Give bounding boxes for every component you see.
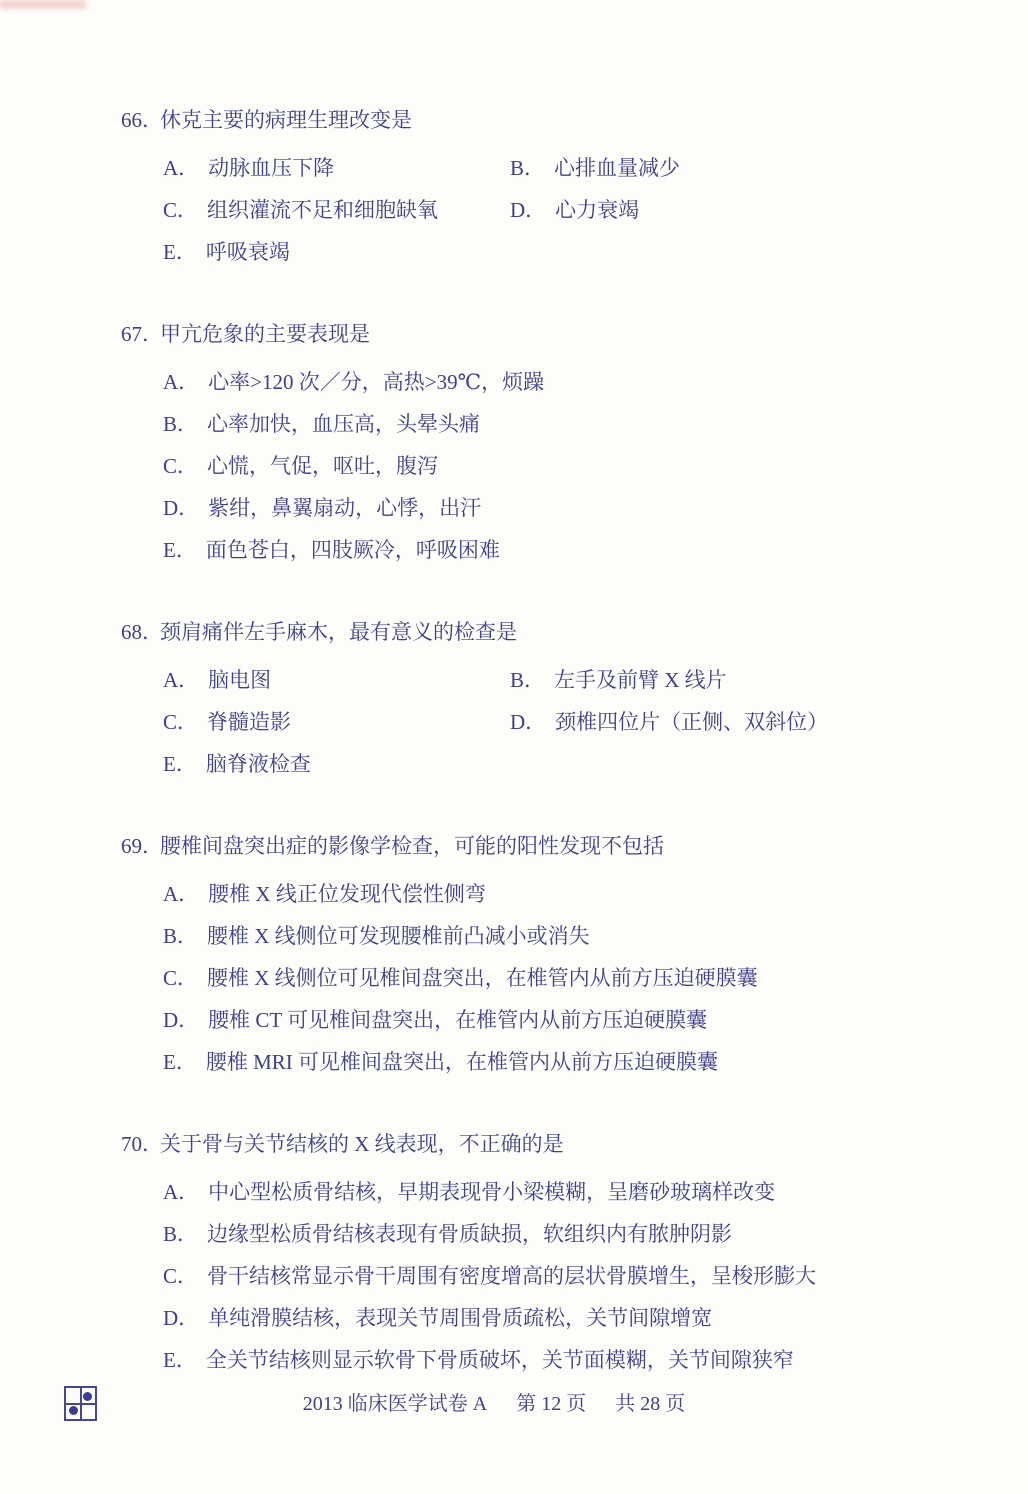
option-label: A． <box>163 156 199 180</box>
question-68: 68． 颈肩痛伴左手麻木，最有意义的检查是 A．脑电图 B．左手及前臂 X 线片… <box>0 620 1028 794</box>
question-number: 67． <box>121 322 160 346</box>
option-text: 心率>120 次／分，高热>39℃，烦躁 <box>208 370 544 394</box>
option-b: B．腰椎 X 线侧位可发现腰椎前凸减小或消失 <box>163 924 590 948</box>
option-text: 骨干结核常显示骨干周围有密度增高的层状骨膜增生，呈梭形膨大 <box>207 1264 816 1288</box>
option-d: D．颈椎四位片（正侧、双斜位） <box>510 710 828 734</box>
option-text: 心力衰竭 <box>555 198 639 222</box>
option-row: A．腰椎 X 线正位发现代偿性侧弯 <box>163 882 1028 924</box>
option-text: 腰椎 X 线侧位可发现腰椎前凸减小或消失 <box>207 924 590 948</box>
option-label: C． <box>163 710 198 734</box>
option-text: 紫绀，鼻翼扇动，心悸，出汗 <box>208 496 481 520</box>
question-stem: 甲亢危象的主要表现是 <box>160 322 370 346</box>
option-label: B． <box>163 924 198 948</box>
option-row: C．骨干结核常显示骨干周围有密度增高的层状骨膜增生，呈梭形膨大 <box>163 1264 1028 1306</box>
option-text: 组织灌流不足和细胞缺氧 <box>207 198 438 222</box>
option-text: 颈椎四位片（正侧、双斜位） <box>555 710 828 734</box>
option-text: 全关节结核则显示软骨下骨质破坏，关节面模糊，关节间隙狭窄 <box>206 1348 794 1372</box>
option-b: B．左手及前臂 X 线片 <box>510 668 727 692</box>
options-list: A．中心型松质骨结核，早期表现骨小梁模糊，呈磨砂玻璃样改变 B．边缘型松质骨结核… <box>121 1180 1028 1390</box>
option-label: D． <box>510 710 546 734</box>
option-label: E． <box>163 240 197 264</box>
option-c: C．骨干结核常显示骨干周围有密度增高的层状骨膜增生，呈梭形膨大 <box>163 1264 816 1288</box>
options-list: A．腰椎 X 线正位发现代偿性侧弯 B．腰椎 X 线侧位可发现腰椎前凸减小或消失… <box>121 882 1028 1092</box>
option-c: C．组织灌流不足和细胞缺氧 <box>163 198 438 222</box>
scan-smudge <box>0 0 86 9</box>
option-c: C．心慌，气促，呕吐，腹泻 <box>163 454 438 478</box>
option-label: A． <box>163 1180 199 1204</box>
question-stem: 休克主要的病理生理改变是 <box>160 108 412 132</box>
option-label: E． <box>163 1348 197 1372</box>
option-row: D．单纯滑膜结核，表现关节周围骨质疏松，关节间隙增宽 <box>163 1306 1028 1348</box>
question-stem: 颈肩痛伴左手麻木，最有意义的检查是 <box>160 620 517 644</box>
question-number: 68． <box>121 620 160 644</box>
option-e: E．面色苍白，四肢厥冷，呼吸困难 <box>163 538 500 562</box>
option-a: A．脑电图 <box>163 668 271 692</box>
option-label: C． <box>163 1264 198 1288</box>
options-list: A．脑电图 B．左手及前臂 X 线片 C．脊髓造影 D．颈椎四位片（正侧、双斜位… <box>121 668 1028 794</box>
question-70: 70． 关于骨与关节结核的 X 线表现，不正确的是 A．中心型松质骨结核，早期表… <box>0 1132 1028 1390</box>
questions-area: 66． 休克主要的病理生理改变是 A．动脉血压下降 B．心排血量减少 C．组织灌… <box>0 108 1028 1430</box>
option-row: D．紫绀，鼻翼扇动，心悸，出汗 <box>163 496 1028 538</box>
option-label: B． <box>510 668 545 692</box>
option-e: E．腰椎 MRI 可见椎间盘突出，在椎管内从前方压迫硬膜囊 <box>163 1050 718 1074</box>
option-text: 单纯滑膜结核，表现关节周围骨质疏松，关节间隙增宽 <box>208 1306 712 1330</box>
option-b: B．边缘型松质骨结核表现有骨质缺损，软组织内有脓肿阴影 <box>163 1222 732 1246</box>
option-label: C． <box>163 966 198 990</box>
option-d: D．腰椎 CT 可见椎间盘突出，在椎管内从前方压迫硬膜囊 <box>163 1008 707 1032</box>
question-67: 67． 甲亢危象的主要表现是 A．心率>120 次／分，高热>39℃，烦躁 B．… <box>0 322 1028 580</box>
option-row: C．脊髓造影 D．颈椎四位片（正侧、双斜位） <box>163 710 1028 752</box>
exam-title: 2013 临床医学试卷 A <box>303 1393 487 1415</box>
option-row: E．呼吸衰竭 <box>163 240 1028 282</box>
option-label: A． <box>163 370 199 394</box>
option-text: 腰椎 MRI 可见椎间盘突出，在椎管内从前方压迫硬膜囊 <box>206 1050 718 1074</box>
question-number: 70． <box>121 1132 160 1156</box>
option-text: 腰椎 CT 可见椎间盘突出，在椎管内从前方压迫硬膜囊 <box>208 1008 707 1032</box>
option-c: C．脊髓造影 <box>163 710 291 734</box>
option-label: D． <box>163 1306 199 1330</box>
option-label: E． <box>163 752 197 776</box>
option-text: 腰椎 X 线正位发现代偿性侧弯 <box>208 882 486 906</box>
option-label: D． <box>163 496 199 520</box>
option-row: B．腰椎 X 线侧位可发现腰椎前凸减小或消失 <box>163 924 1028 966</box>
option-text: 脑电图 <box>208 668 271 692</box>
option-row: E．脑脊液检查 <box>163 752 1028 794</box>
question-stem: 腰椎间盘突出症的影像学检查，可能的阳性发现不包括 <box>160 834 664 858</box>
option-text: 左手及前臂 X 线片 <box>554 668 727 692</box>
option-label: A． <box>163 882 199 906</box>
option-label: C． <box>163 198 198 222</box>
option-label: B． <box>163 412 198 436</box>
option-c: C．腰椎 X 线侧位可见椎间盘突出，在椎管内从前方压迫硬膜囊 <box>163 966 758 990</box>
option-label: A． <box>163 668 199 692</box>
exam-page: 66． 休克主要的病理生理改变是 A．动脉血压下降 B．心排血量减少 C．组织灌… <box>0 0 1028 1494</box>
question-stem: 关于骨与关节结核的 X 线表现，不正确的是 <box>160 1132 564 1156</box>
option-e: E．脑脊液检查 <box>163 752 311 776</box>
option-text: 腰椎 X 线侧位可见椎间盘突出，在椎管内从前方压迫硬膜囊 <box>207 966 758 990</box>
option-text: 呼吸衰竭 <box>206 240 290 264</box>
option-label: B． <box>510 156 545 180</box>
option-row: B．心率加快，血压高，头晕头痛 <box>163 412 1028 454</box>
page-number: 第 12 页 <box>516 1393 586 1415</box>
footer-text: 2013 临床医学试卷 A 第 12 页 共 28 页 <box>0 1392 1008 1416</box>
question-69: 69． 腰椎间盘突出症的影像学检查，可能的阳性发现不包括 A．腰椎 X 线正位发… <box>0 834 1028 1092</box>
option-label: C． <box>163 454 198 478</box>
option-text: 脊髓造影 <box>207 710 291 734</box>
option-text: 心慌，气促，呕吐，腹泻 <box>207 454 438 478</box>
option-text: 心排血量减少 <box>554 156 680 180</box>
option-row: A．动脉血压下降 B．心排血量减少 <box>163 156 1028 198</box>
total-pages: 共 28 页 <box>615 1393 685 1415</box>
option-text: 动脉血压下降 <box>208 156 334 180</box>
option-label: E． <box>163 1050 197 1074</box>
option-row: D．腰椎 CT 可见椎间盘突出，在椎管内从前方压迫硬膜囊 <box>163 1008 1028 1050</box>
option-label: D． <box>510 198 546 222</box>
option-label: D． <box>163 1008 199 1032</box>
option-e: E．呼吸衰竭 <box>163 240 290 264</box>
option-text: 边缘型松质骨结核表现有骨质缺损，软组织内有脓肿阴影 <box>207 1222 732 1246</box>
option-a: A．中心型松质骨结核，早期表现骨小梁模糊，呈磨砂玻璃样改变 <box>163 1180 775 1204</box>
option-d: D．单纯滑膜结核，表现关节周围骨质疏松，关节间隙增宽 <box>163 1306 712 1330</box>
option-text: 脑脊液检查 <box>206 752 311 776</box>
option-b: B．心率加快，血压高，头晕头痛 <box>163 412 480 436</box>
option-a: A．动脉血压下降 <box>163 156 334 180</box>
option-row: E．面色苍白，四肢厥冷，呼吸困难 <box>163 538 1028 580</box>
option-row: C．组织灌流不足和细胞缺氧 D．心力衰竭 <box>163 198 1028 240</box>
options-list: A．心率>120 次／分，高热>39℃，烦躁 B．心率加快，血压高，头晕头痛 C… <box>121 370 1028 580</box>
option-row: C．心慌，气促，呕吐，腹泻 <box>163 454 1028 496</box>
option-text: 中心型松质骨结核，早期表现骨小梁模糊，呈磨砂玻璃样改变 <box>208 1180 775 1204</box>
option-row: A．中心型松质骨结核，早期表现骨小梁模糊，呈磨砂玻璃样改变 <box>163 1180 1028 1222</box>
option-d: D．紫绀，鼻翼扇动，心悸，出汗 <box>163 496 481 520</box>
option-b: B．心排血量减少 <box>510 156 680 180</box>
question-66: 66． 休克主要的病理生理改变是 A．动脉血压下降 B．心排血量减少 C．组织灌… <box>0 108 1028 282</box>
question-number: 69． <box>121 834 160 858</box>
option-text: 心率加快，血压高，头晕头痛 <box>207 412 480 436</box>
option-row: A．脑电图 B．左手及前臂 X 线片 <box>163 668 1028 710</box>
options-list: A．动脉血压下降 B．心排血量减少 C．组织灌流不足和细胞缺氧 D．心力衰竭 E… <box>121 156 1028 282</box>
option-row: B．边缘型松质骨结核表现有骨质缺损，软组织内有脓肿阴影 <box>163 1222 1028 1264</box>
option-text: 面色苍白，四肢厥冷，呼吸困难 <box>206 538 500 562</box>
option-d: D．心力衰竭 <box>510 198 639 222</box>
option-label: B． <box>163 1222 198 1246</box>
question-number: 66． <box>121 108 160 132</box>
page-footer: 2013 临床医学试卷 A 第 12 页 共 28 页 <box>0 1384 1028 1444</box>
option-label: E． <box>163 538 197 562</box>
option-a: A．心率>120 次／分，高热>39℃，烦躁 <box>163 370 544 394</box>
option-row: A．心率>120 次／分，高热>39℃，烦躁 <box>163 370 1028 412</box>
option-row: E．腰椎 MRI 可见椎间盘突出，在椎管内从前方压迫硬膜囊 <box>163 1050 1028 1092</box>
option-row: C．腰椎 X 线侧位可见椎间盘突出，在椎管内从前方压迫硬膜囊 <box>163 966 1028 1008</box>
option-a: A．腰椎 X 线正位发现代偿性侧弯 <box>163 882 486 906</box>
option-e: E．全关节结核则显示软骨下骨质破坏，关节面模糊，关节间隙狭窄 <box>163 1348 794 1372</box>
